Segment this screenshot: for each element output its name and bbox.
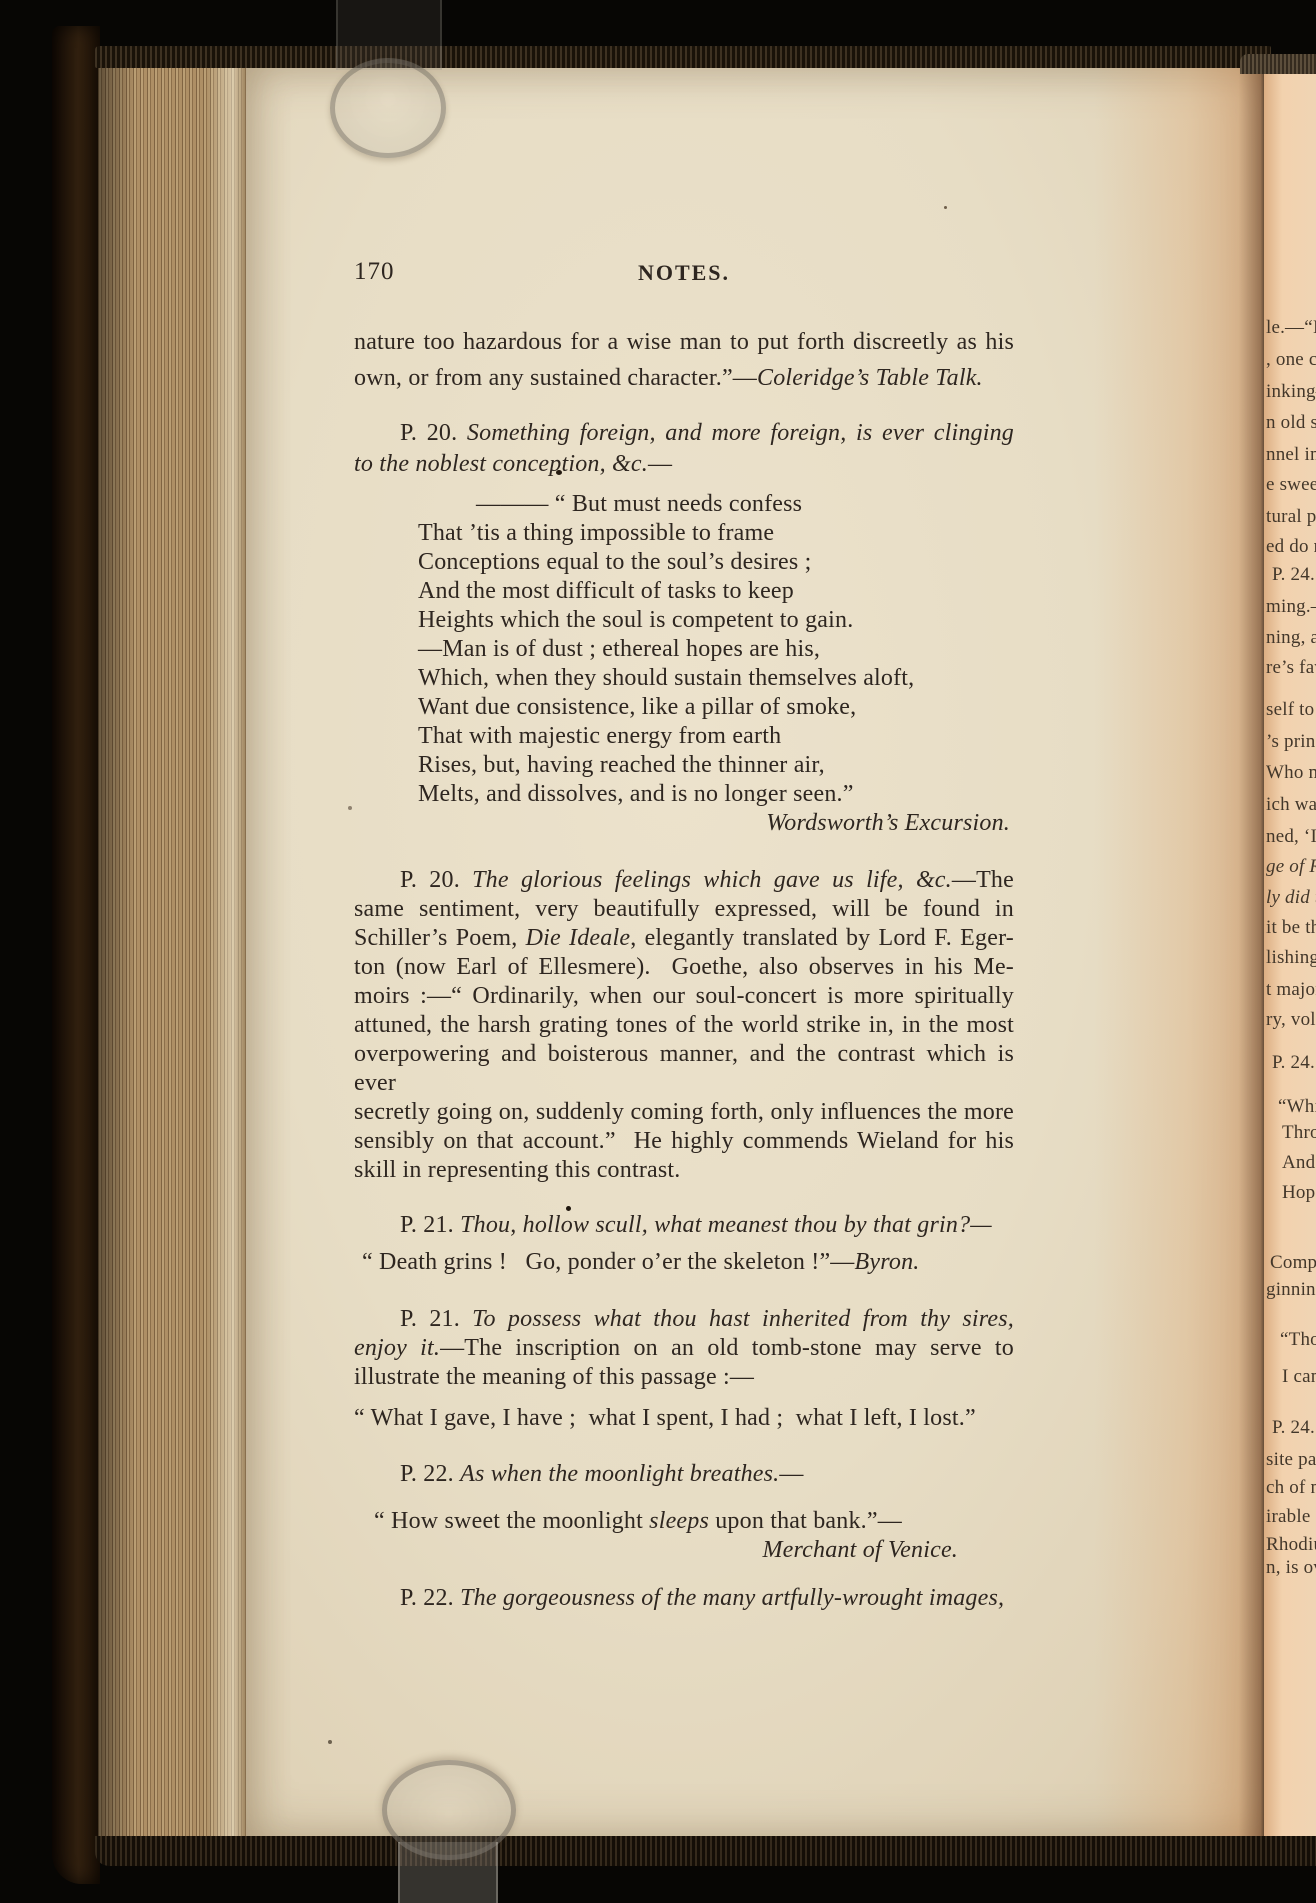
roman-text: —The inscription on an old tomb-stone ma… xyxy=(440,1335,1014,1361)
roman-text: Heights which the soul is competent to g… xyxy=(418,607,853,633)
dust-speck xyxy=(944,206,947,209)
text-line: illustrate the meaning of this passage :… xyxy=(354,1363,1014,1392)
facing-fragment: ich was cle xyxy=(1266,795,1316,815)
facing-page-top-edge xyxy=(1240,54,1316,74)
text-line: Which, when they should sustain themselv… xyxy=(418,664,1014,693)
text-line: ——— “ But must needs confess xyxy=(418,490,1014,519)
roman-text: illustrate the meaning of this passage :… xyxy=(354,1364,754,1390)
text-line: “ How sweet the moonlight sleeps upon th… xyxy=(374,1507,1014,1536)
text-line: secretly going on, suddenly coming forth… xyxy=(354,1098,1014,1127)
roman-text: P. 20. xyxy=(400,867,472,893)
facing-fragment: nnel into t xyxy=(1266,445,1316,465)
facing-fragment: n, is ov xyxy=(1266,1558,1316,1578)
ink-blot xyxy=(566,1206,571,1211)
page-header: 170 NOTES. xyxy=(354,258,1014,288)
facing-fragment: I can xyxy=(1282,1367,1316,1387)
italic-text: Something foreign, and more foreign, is … xyxy=(467,420,1014,446)
roman-text: overpowering and boisterous manner, and … xyxy=(354,1041,1020,1096)
text-line: That ’tis a thing impossible to frame xyxy=(418,519,1014,548)
facing-fragment: ed do no m xyxy=(1266,537,1316,557)
italic-text: Wordsworth’s Excursion. xyxy=(766,810,1010,836)
facing-fragment: ch of na xyxy=(1266,1478,1316,1498)
text-line: Rises, but, having reached the thinner a… xyxy=(418,751,1014,780)
facing-fragment: And xyxy=(1282,1153,1315,1173)
text-line: “ Death grins ! Go, ponder o’er the skel… xyxy=(362,1247,1014,1277)
text-para: P. 22. As when the moonlight breathes.— xyxy=(354,1459,1014,1489)
facing-fragment: “Whil xyxy=(1278,1097,1316,1117)
text-line: to the noblest conception, &c.— xyxy=(354,449,1014,480)
book-photo: { "photo": { "background": "#070604", "p… xyxy=(0,0,1316,1903)
text-line: overpowering and boisterous manner, and … xyxy=(354,1040,1014,1098)
roman-text: P. 21. xyxy=(400,1212,460,1238)
facing-fragment: tural positi xyxy=(1266,507,1316,527)
italic-text: sleeps xyxy=(649,1508,709,1534)
roman-text: —The xyxy=(952,867,1014,893)
text-line: Schiller’s Poem, Die Ideale, elegantly t… xyxy=(354,924,1014,953)
roman-text: That with majestic energy from earth xyxy=(418,723,781,749)
italic-text: Die Ideale xyxy=(526,925,631,951)
page-title: NOTES. xyxy=(354,260,1014,286)
facing-page: le.—“I reme, one contrinking—at In old s… xyxy=(1264,56,1316,1866)
facing-fragment: P. 24. A xyxy=(1272,1053,1316,1073)
text-para: P. 21. Thou, hollow scull, what meanest … xyxy=(354,1210,1014,1240)
facing-fragment: self to be xyxy=(1266,700,1316,720)
text-line: same sentiment, very beautifully express… xyxy=(354,895,1014,924)
main-page: 170 NOTES. nature too hazardous for a wi… xyxy=(246,66,1264,1846)
roman-text: P. 20. xyxy=(400,420,467,446)
dust-speck xyxy=(328,1740,332,1744)
facing-fragment: e sweeps of xyxy=(1266,475,1316,495)
roman-text: That ’tis a thing impossible to frame xyxy=(418,520,774,546)
facing-fragment: ming.—“ xyxy=(1266,597,1316,617)
facing-fragment: le.—“I reme xyxy=(1266,318,1316,338)
facing-fragment: , one contr xyxy=(1266,350,1316,370)
text-line: That with majestic energy from earth xyxy=(418,722,1014,751)
roman-text: “ How sweet the moonlight xyxy=(374,1508,649,1534)
roman-text: Want due consistence, like a pillar of s… xyxy=(418,694,856,720)
italic-text: As when the moonlight breathes. xyxy=(460,1461,779,1487)
italic-text: Coleridge’s Table Talk. xyxy=(757,365,983,391)
italic-text: Thou, hollow scull, what meanest thou by… xyxy=(460,1212,992,1238)
text-para: P. 22. The gorgeousness of the many artf… xyxy=(354,1583,1014,1613)
italic-text: Byron. xyxy=(855,1249,920,1275)
ink-blot xyxy=(556,470,562,475)
roman-text: sensibly on that account.” He highly com… xyxy=(354,1128,1014,1154)
roman-text: P. 22. xyxy=(400,1461,460,1487)
facing-fragment: site pass xyxy=(1266,1450,1316,1470)
roman-text: ton (now Earl of Ellesmere). Goethe, als… xyxy=(354,954,1014,980)
text-line: nature too hazardous for a wise man to p… xyxy=(354,324,1014,360)
italic-text: to the noblest conception, &c. xyxy=(354,451,648,477)
text-line: sensibly on that account.” He highly com… xyxy=(354,1127,1014,1156)
roman-text: Rises, but, having reached the thinner a… xyxy=(418,752,825,778)
facing-fragment: n old shop. xyxy=(1266,413,1316,433)
gutter-shadow xyxy=(1094,66,1264,1846)
facing-fragment: “Thou xyxy=(1280,1330,1316,1350)
text-line: own, or from any sustained character.”—C… xyxy=(354,360,1014,396)
text-line: P. 22. As when the moonlight breathes.— xyxy=(354,1459,1014,1489)
text-line: P. 21. To possess what thou hast inherit… xyxy=(354,1305,1014,1334)
text-poem: ——— “ But must needs confessThat ’tis a … xyxy=(418,490,1014,809)
italic-text: Merchant of Venice. xyxy=(762,1537,958,1563)
roman-text: P. 21. xyxy=(400,1306,472,1332)
roman-text: upon that bank.”— xyxy=(709,1508,902,1534)
book-bottom-edge xyxy=(95,1836,1316,1866)
facing-fragment: ginning— xyxy=(1266,1280,1316,1300)
italic-text: enjoy it. xyxy=(354,1335,440,1361)
roman-text: — xyxy=(779,1461,803,1487)
facing-fragment: Hope xyxy=(1282,1183,1316,1203)
roman-text: — xyxy=(648,451,672,477)
roman-text: Which, when they should sustain themselv… xyxy=(418,665,914,691)
roman-text: Melts, and dissolves, and is no longer s… xyxy=(418,781,854,807)
text-line: And the most difficult of tasks to keep xyxy=(418,577,1014,606)
holding-strap-top-loop xyxy=(330,58,446,158)
facing-fragment: ned, ‘I wo xyxy=(1266,827,1316,847)
text-para: P. 20. The glorious feelings which gave … xyxy=(354,866,1014,1185)
text-line: enjoy it.—The inscription on an old tomb… xyxy=(354,1334,1014,1363)
facing-fragment: ’s principle xyxy=(1266,732,1316,752)
roman-text: nature too hazardous for a wise man to p… xyxy=(354,329,1014,355)
facing-fragment: ge of Ru xyxy=(1266,857,1316,877)
roman-text: “ Death grins ! Go, ponder o’er the skel… xyxy=(362,1249,855,1275)
dust-speck xyxy=(348,806,352,810)
facing-fragment: inking—at I xyxy=(1266,382,1316,402)
roman-text: “ What I gave, I have ; what I spent, I … xyxy=(354,1405,976,1431)
roman-text: moirs :—“ Ordinarily, when our soul-conc… xyxy=(354,983,1014,1009)
text-attribution: Merchant of Venice. xyxy=(354,1536,958,1565)
roman-text: Schiller’s Poem, xyxy=(354,925,526,951)
text-para: “ How sweet the moonlight sleeps upon th… xyxy=(374,1507,1014,1536)
facing-fragment: ly did t xyxy=(1266,888,1316,908)
text-para: nature too hazardous for a wise man to p… xyxy=(354,324,1014,396)
roman-text: And the most difficult of tasks to keep xyxy=(418,578,794,604)
page-fore-edge xyxy=(98,58,248,1844)
text-line: “ What I gave, I have ; what I spent, I … xyxy=(354,1404,1014,1433)
book-cover-edge xyxy=(52,26,100,1884)
text-line: P. 20. Something foreign, and more forei… xyxy=(354,418,1014,449)
text-line: Wordsworth’s Excursion. xyxy=(354,809,1010,838)
text-line: —Man is of dust ; ethereal hopes are his… xyxy=(418,635,1014,664)
italic-text: The gorgeousness of the many artfully-wr… xyxy=(460,1585,1004,1611)
roman-text: skill in representing this contrast. xyxy=(354,1157,680,1183)
facing-fragment: Who made a xyxy=(1266,763,1316,783)
text-block: 170 NOTES. nature too hazardous for a wi… xyxy=(354,258,1014,1613)
book-top-edge xyxy=(95,46,1271,68)
facing-fragment: ning, at gr xyxy=(1266,628,1316,648)
italic-text: To possess what thou hast inherited from… xyxy=(472,1306,1014,1332)
text-para: “ Death grins ! Go, ponder o’er the skel… xyxy=(362,1247,1014,1277)
facing-fragment: Thro xyxy=(1282,1123,1316,1143)
text-line: P. 20. The glorious feelings which gave … xyxy=(354,866,1014,895)
facing-fragment: irable c xyxy=(1266,1507,1316,1527)
roman-text: ——— “ But must needs confess xyxy=(476,491,802,517)
holding-strap-bottom xyxy=(398,1842,498,1903)
text-para: P. 21. To possess what thou hast inherit… xyxy=(354,1305,1014,1392)
text-line: P. 22. The gorgeousness of the many artf… xyxy=(354,1583,1014,1613)
text-line: Merchant of Venice. xyxy=(354,1536,958,1565)
text-attribution: Wordsworth’s Excursion. xyxy=(354,809,1010,838)
italic-text: The glorious feelings which gave us life… xyxy=(472,867,952,893)
text-line: skill in representing this contrast. xyxy=(354,1156,1014,1185)
roman-text: Conceptions equal to the soul’s desires … xyxy=(418,549,811,575)
facing-fragment: it be thus xyxy=(1266,918,1316,938)
roman-text: attuned, the harsh grating tones of the … xyxy=(354,1012,1014,1038)
text-line: attuned, the harsh grating tones of the … xyxy=(354,1011,1014,1040)
facing-fragment: P. 24. R xyxy=(1272,1418,1316,1438)
text-line: ton (now Earl of Ellesmere). Goethe, als… xyxy=(354,953,1014,982)
facing-fragment: P. 24. The xyxy=(1272,565,1316,585)
text-para: P. 20. Something foreign, and more forei… xyxy=(354,418,1014,480)
facing-fragment: ry, vol. xyxy=(1266,1010,1316,1030)
facing-fragment: Compare xyxy=(1270,1253,1316,1273)
roman-text: —Man is of dust ; ethereal hopes are his… xyxy=(418,636,820,662)
text-line: Melts, and dissolves, and is no longer s… xyxy=(418,780,1014,809)
roman-text: , elegantly translated by Lord F. Eger- xyxy=(630,925,1014,951)
text-line: P. 21. Thou, hollow scull, what meanest … xyxy=(354,1210,1014,1240)
text-line: Want due consistence, like a pillar of s… xyxy=(418,693,1014,722)
facing-fragment: t majorit xyxy=(1266,980,1316,1000)
facing-fragment: lishing t xyxy=(1266,948,1316,968)
facing-fragment: re’s favour xyxy=(1266,658,1316,678)
roman-text: secretly going on, suddenly coming forth… xyxy=(354,1099,1014,1125)
roman-text: same sentiment, very beautifully express… xyxy=(354,896,1014,922)
text-line: Heights which the soul is competent to g… xyxy=(418,606,1014,635)
text-line: Conceptions equal to the soul’s desires … xyxy=(418,548,1014,577)
roman-text: P. 22. xyxy=(400,1585,460,1611)
facing-fragment: Rhodius, w xyxy=(1266,1535,1316,1555)
text-line: moirs :—“ Ordinarily, when our soul-conc… xyxy=(354,982,1014,1011)
roman-text: own, or from any sustained character.”— xyxy=(354,365,757,391)
text-para: “ What I gave, I have ; what I spent, I … xyxy=(354,1404,1014,1433)
